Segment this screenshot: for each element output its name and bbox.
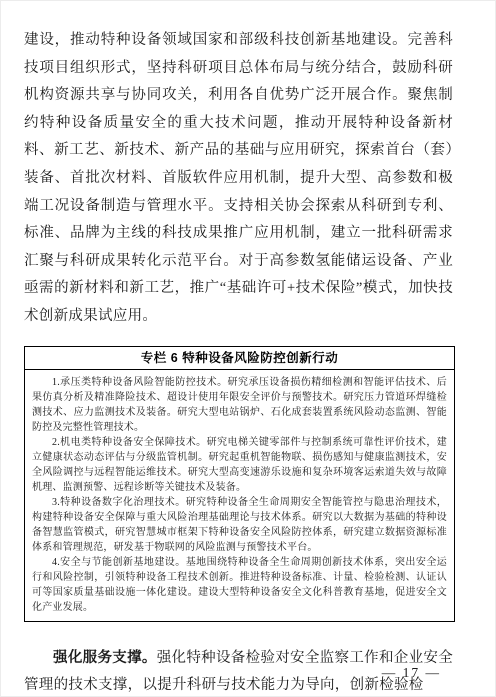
box-item-1: 1.承压类特种设备风险智能防控技术。研究承压设备损伤精细检测和智能评估技术、后果… <box>32 375 447 435</box>
page-number: — 17 — <box>382 665 441 681</box>
page-content: 建设，推动特种设备领域国家和部级科技创新基地建设。完善科技项目组织形式，坚持科研… <box>24 27 453 697</box>
paragraph-continuation: 建设，推动特种设备领域国家和部级科技创新基地建设。完善科技项目组织形式，坚持科研… <box>24 27 453 331</box>
paragraph-lead-bold: 强化服务支撑。 <box>53 650 157 666</box>
box-title: 专栏 6 特种设备风险防控创新行动 <box>25 347 454 370</box>
document-page: 建设，推动特种设备领域国家和部级科技创新基地建设。完善科技项目组织形式，坚持科研… <box>0 0 496 697</box>
box-item-2: 2.机电类特种设备安全保障技术。研究电梯关键零部件与控制系统可靠性评价技术，建立… <box>32 435 447 495</box>
special-column-box: 专栏 6 特种设备风险防控创新行动 1.承压类特种设备风险智能防控技术。研究承压… <box>24 346 455 622</box>
box-item-4: 4.安全与节能创新基地建设。基地围绕特种设备全生命周期创新技术体系，突出安全运行… <box>32 555 447 615</box>
box-body: 1.承压类特种设备风险智能防控技术。研究承压设备损伤精细检测和智能评估技术、后果… <box>25 370 454 621</box>
box-item-3: 3.特种设备数字化治理技术。研究特种设备全生命周期安全智能管控与隐患治理技术，构… <box>32 495 447 555</box>
